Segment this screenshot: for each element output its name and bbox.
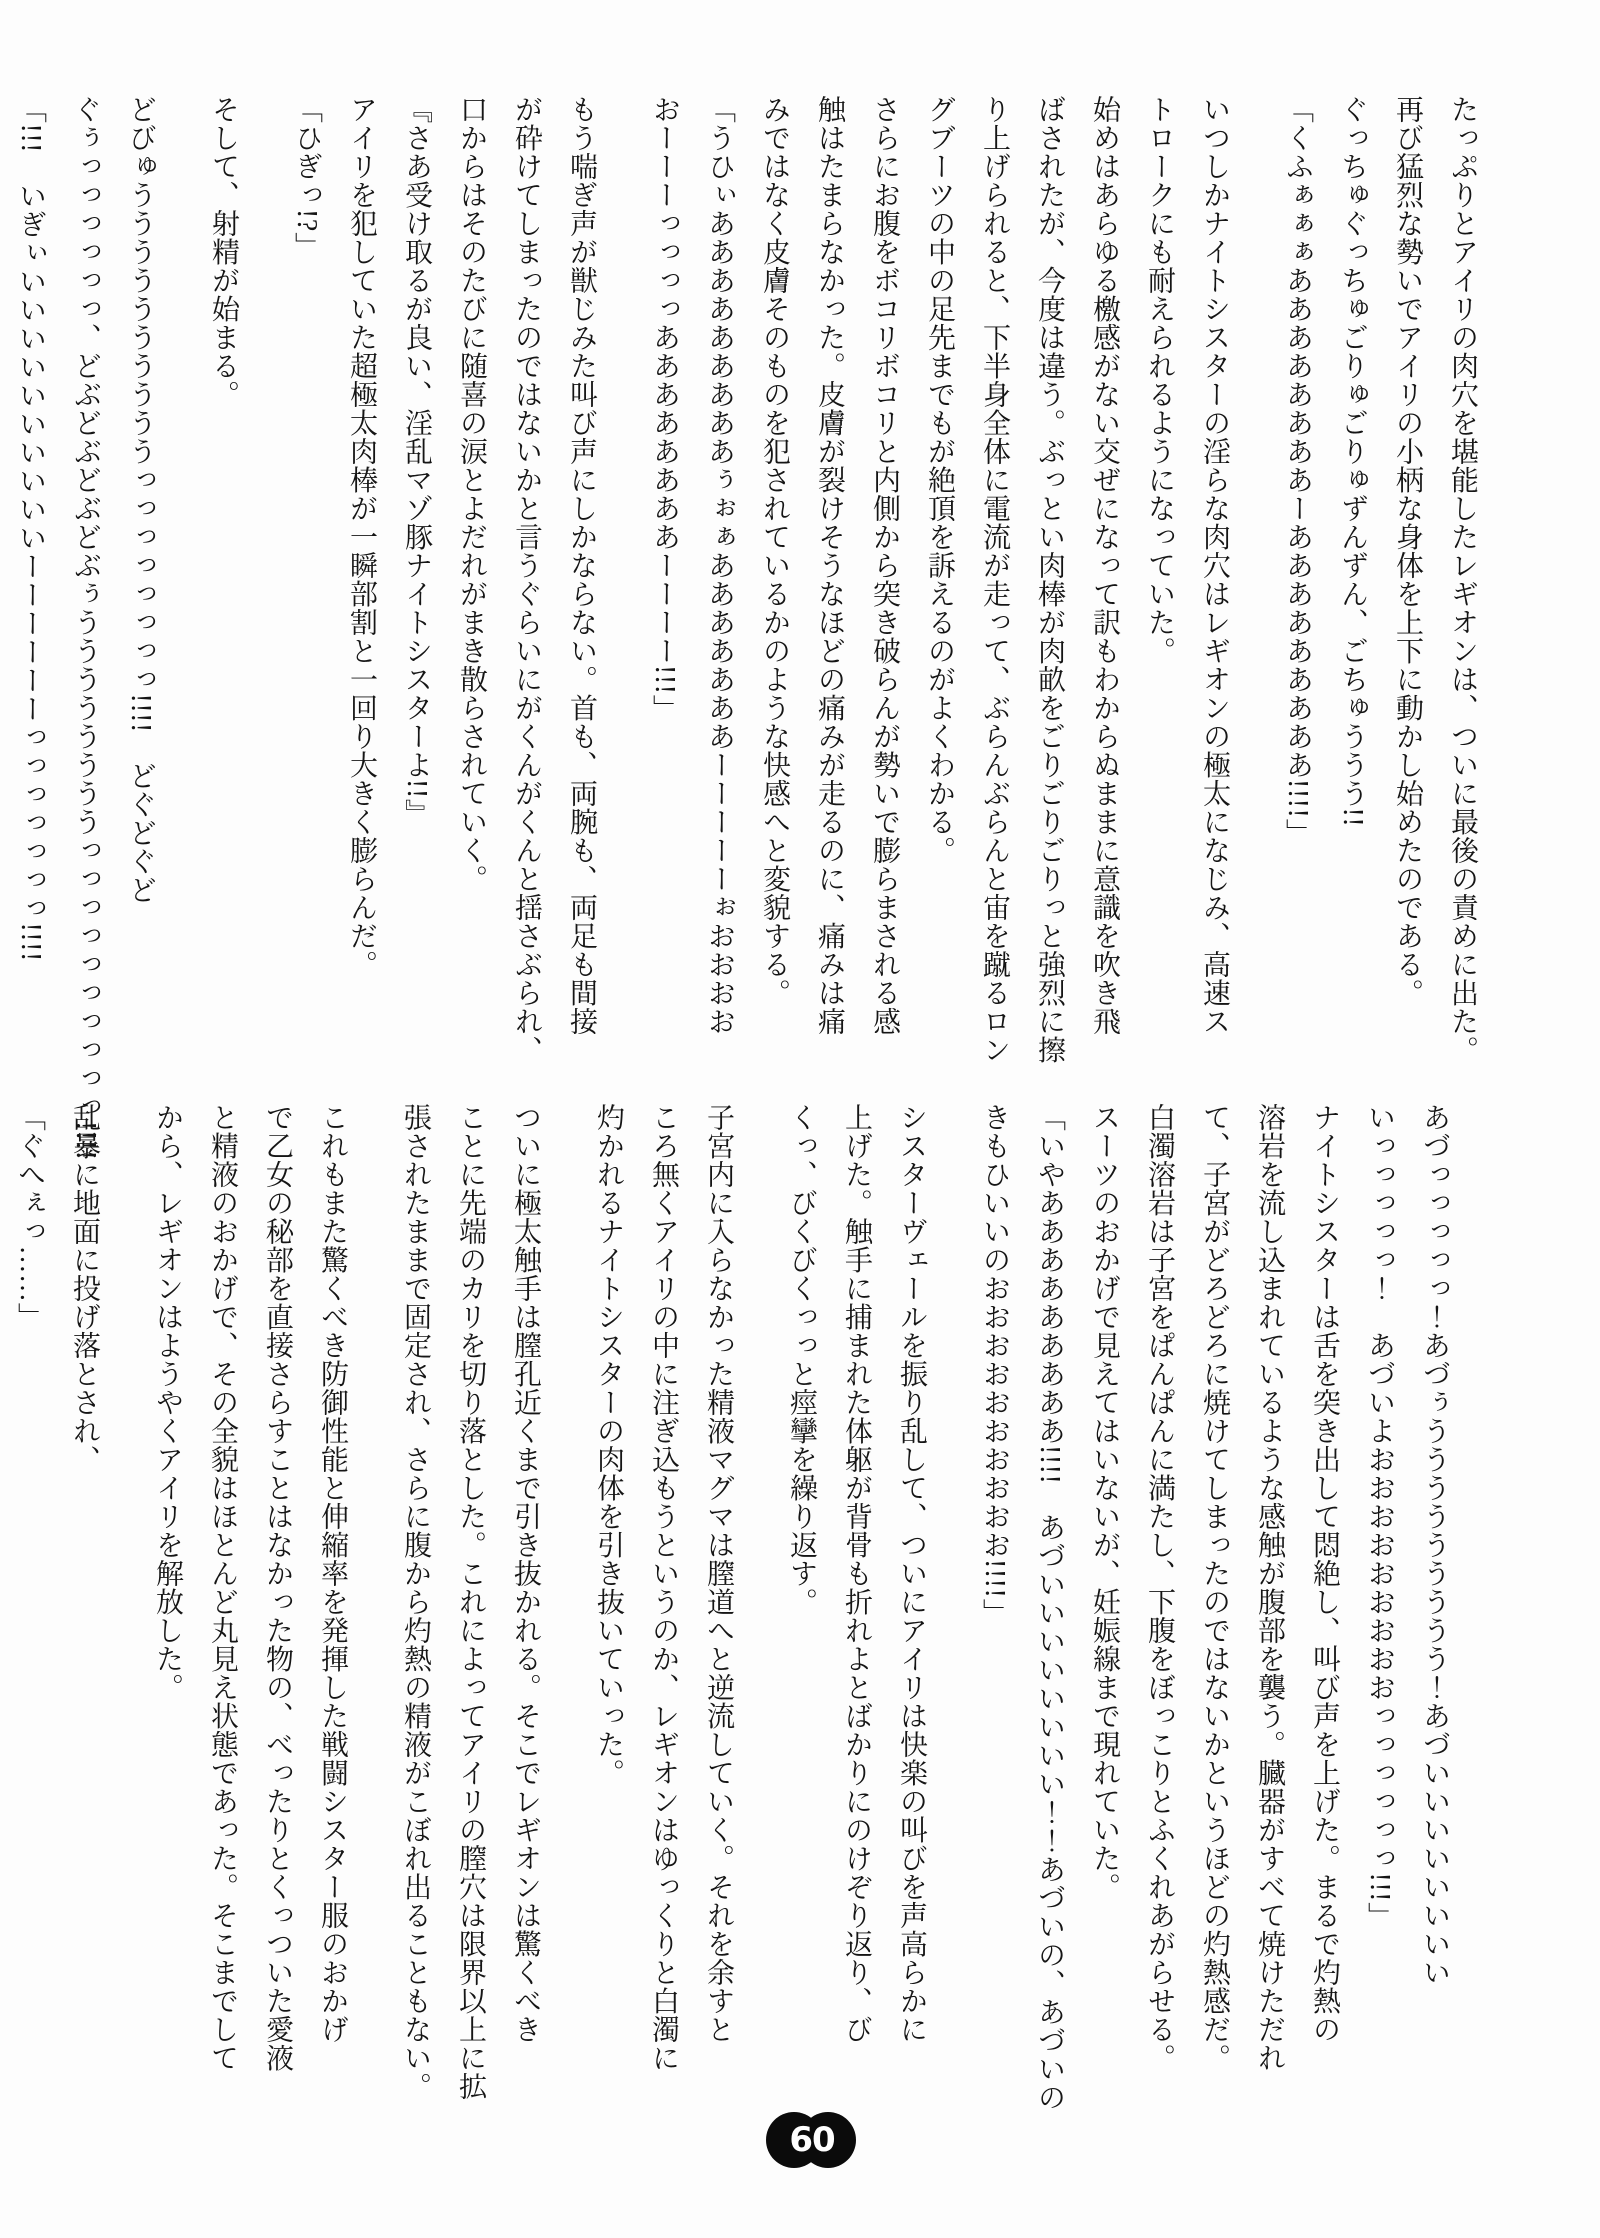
text-column: くっ、びくびくっっと痙攣を繰り返す。 [787, 1103, 815, 2123]
text-column: 子宮内に入らなかった精液マグマは膣道へと逆流していく。それを余すと [704, 1103, 760, 2123]
text-column: そして、射精が始まる。 [209, 95, 265, 1070]
text-column: いっっっっっ！ あづいよおおおおおおおおおっっっっっっ!!!」 [1365, 1103, 1393, 2123]
text-column: ことに先端のカリを切り落とした。これによってアイリの膣穴は限界以上に拡 [456, 1103, 484, 2123]
text-column: 「いやあああああああああ!!!! あづいいいいいいいい！！あづいの、あづいの [1035, 1103, 1063, 2123]
text-column: これもまた驚くべき防御性能と伸縮率を発揮した戦闘シスター服のおかげ [318, 1103, 374, 2123]
text-block-top: たっぷりとアイリの肉穴を堪能したレギオンは、ついに最後の責めに出た。再び猛烈な勢… [16, 95, 1476, 1070]
text-column: り上げられると、下半身全体に電流が走って、ぶらんぶらんと宙を蹴るロン [980, 95, 1008, 1070]
text-column: で乙女の秘部を直接さらすことはなかった物の、べったりとくっついた愛液 [263, 1103, 291, 2123]
text-column: 口からはそのたびに随喜の涙とよだれがまき散らされていく。 [457, 95, 485, 1070]
text-column: て、子宮がどろどろに焼けてしまったのではないかというほどの灼熱感だ。 [1200, 1103, 1228, 2123]
text-column: ぐっちゅぐっちゅごりゅごりゅずんずん、ごちゅううう!! [1338, 95, 1366, 1070]
text-column: 『さあ受け取るが良い、淫乱マゾ豚ナイトシスターよ!!』 [402, 95, 430, 1070]
text-column: ナイトシスターは舌を突き出して悶絶し、叫び声を上げた。まるで灼熱の [1310, 1103, 1338, 2123]
text-column: が砕けてしまったのではないかと言うぐらいにがくんがくんと揺さぶられ、 [512, 95, 540, 1070]
text-column: もう喘ぎ声が獣じみた叫び声にしかならない。首も、両腕も、両足も間接 [567, 95, 623, 1070]
text-column: たっぷりとアイリの肉穴を堪能したレギオンは、ついに最後の責めに出た。 [1448, 95, 1476, 1070]
text-column: 「ひぎっ!?」 [292, 95, 320, 1070]
text-column: どびゅううううううううううっっっっっっっっ!!!! どぐどぐど [126, 95, 182, 1070]
text-column: スーツのおかげで見えてはいないが、妊娠線まで現れていた。 [1090, 1103, 1118, 2123]
text-column: 「くふぁぁぁああああああああーあああああああああ!!!!」 [1283, 95, 1311, 1070]
text-column: と精液のおかげで、その全貌はほとんど丸見え状態であった。そこまでして [208, 1103, 236, 2123]
text-column: トロークにも耐えられるようになっていた。 [1145, 95, 1173, 1070]
page-number: 60 [766, 2112, 858, 2168]
text-column: 乱暴に地面に投げ落とされ、 [70, 1103, 126, 2123]
text-column: ぐぅっっっっっっ、どぶどぶどぶどぶぅううううううううっっっっっっっっっっ!!!! [71, 95, 99, 1070]
text-column: きもひいいのおおおおおおおおおお!!!!」 [980, 1103, 1008, 2123]
text-column: 「!!! いぎぃいいいいいいいいいいーーーーーーっっっっっっっ!!!! [16, 95, 44, 1070]
text-block-bottom: あづっっっっっ！あづぅううううううううう！あづいいいいいいいいいっっっっっ！ あ… [0, 1103, 1476, 2123]
text-column: ばされたが、今度は違う。ぶっとい肉棒が肉畝をごりごりごりっと強烈に擦 [1035, 95, 1063, 1070]
text-column: 白濁溶岩は子宮をぱんぱんに満たし、下腹をぼっこりとふくれあがらせる。 [1145, 1103, 1173, 2123]
text-column: 「うひぃあああああああああぅぉぁあああああああーーーーーぉおおおお [705, 95, 733, 1070]
text-column: 溶岩を流し込まれているような感触が腹部を襲う。臓器がすべて焼けただれ [1255, 1103, 1283, 2123]
text-column: グブーツの中の足先までもが絶頂を訴えるのがよくわかる。 [925, 95, 953, 1070]
text-column: 触はたまらなかった。皮膚が裂けそうなほどの痛みが走るのに、痛みは痛 [815, 95, 843, 1070]
text-column: 「ぐへぇっ……」 [15, 1103, 43, 2123]
text-column: あづっっっっっ！あづぅううううううううう！あづいいいいいいいい [1420, 1103, 1476, 2123]
text-column: 灼かれるナイトシスターの肉体を引き抜いていった。 [594, 1103, 622, 2123]
text-column: 始めはあらゆる檄感がない交ぜになって訳もわからぬままに意識を吹き飛 [1090, 95, 1118, 1070]
text-column: 上げた。触手に捕まれた体躯が背骨も折れよとばかりにのけぞり返り、び [842, 1103, 870, 2123]
text-column: ついに極太触手は膣孔近くまで引き抜かれる。そこでレギオンは驚くべき [511, 1103, 567, 2123]
text-column: みではなく皮膚そのものを犯されているかのような快感へと変貌する。 [760, 95, 788, 1070]
text-column: おーーーっっっっああああああああーーーー!!!」 [650, 95, 678, 1070]
text-column: 再び猛烈な勢いでアイリの小柄な身体を上下に動かし始めたのである。 [1393, 95, 1421, 1070]
text-column: さらにお腹をボコリボコリと内側から突き破らんが勢いで膨らまされる感 [870, 95, 898, 1070]
text-column: アイリを犯していた超極太肉棒が一瞬部割と一回り大きく膨らんだ。 [347, 95, 375, 1070]
text-column: 張されたままで固定され、さらに腹から灼熱の精液がこぼれ出ることもない。 [401, 1103, 429, 2123]
text-column: ころ無くアイリの中に注ぎ込もうというのか、レギオンはゆっくりと白濁に [649, 1103, 677, 2123]
text-column: いつしかナイトシスターの淫らな肉穴はレギオンの極太になじみ、高速ス [1200, 95, 1256, 1070]
novel-page: たっぷりとアイリの肉穴を堪能したレギオンは、ついに最後の責めに出た。再び猛烈な勢… [0, 0, 1600, 2238]
text-column: から、レギオンはようやくアイリを解放した。 [153, 1103, 181, 2123]
text-column: シスターヴェールを振り乱して、ついにアイリは快楽の叫びを声高らかに [897, 1103, 953, 2123]
page-number-badge: 60 [766, 2112, 858, 2168]
